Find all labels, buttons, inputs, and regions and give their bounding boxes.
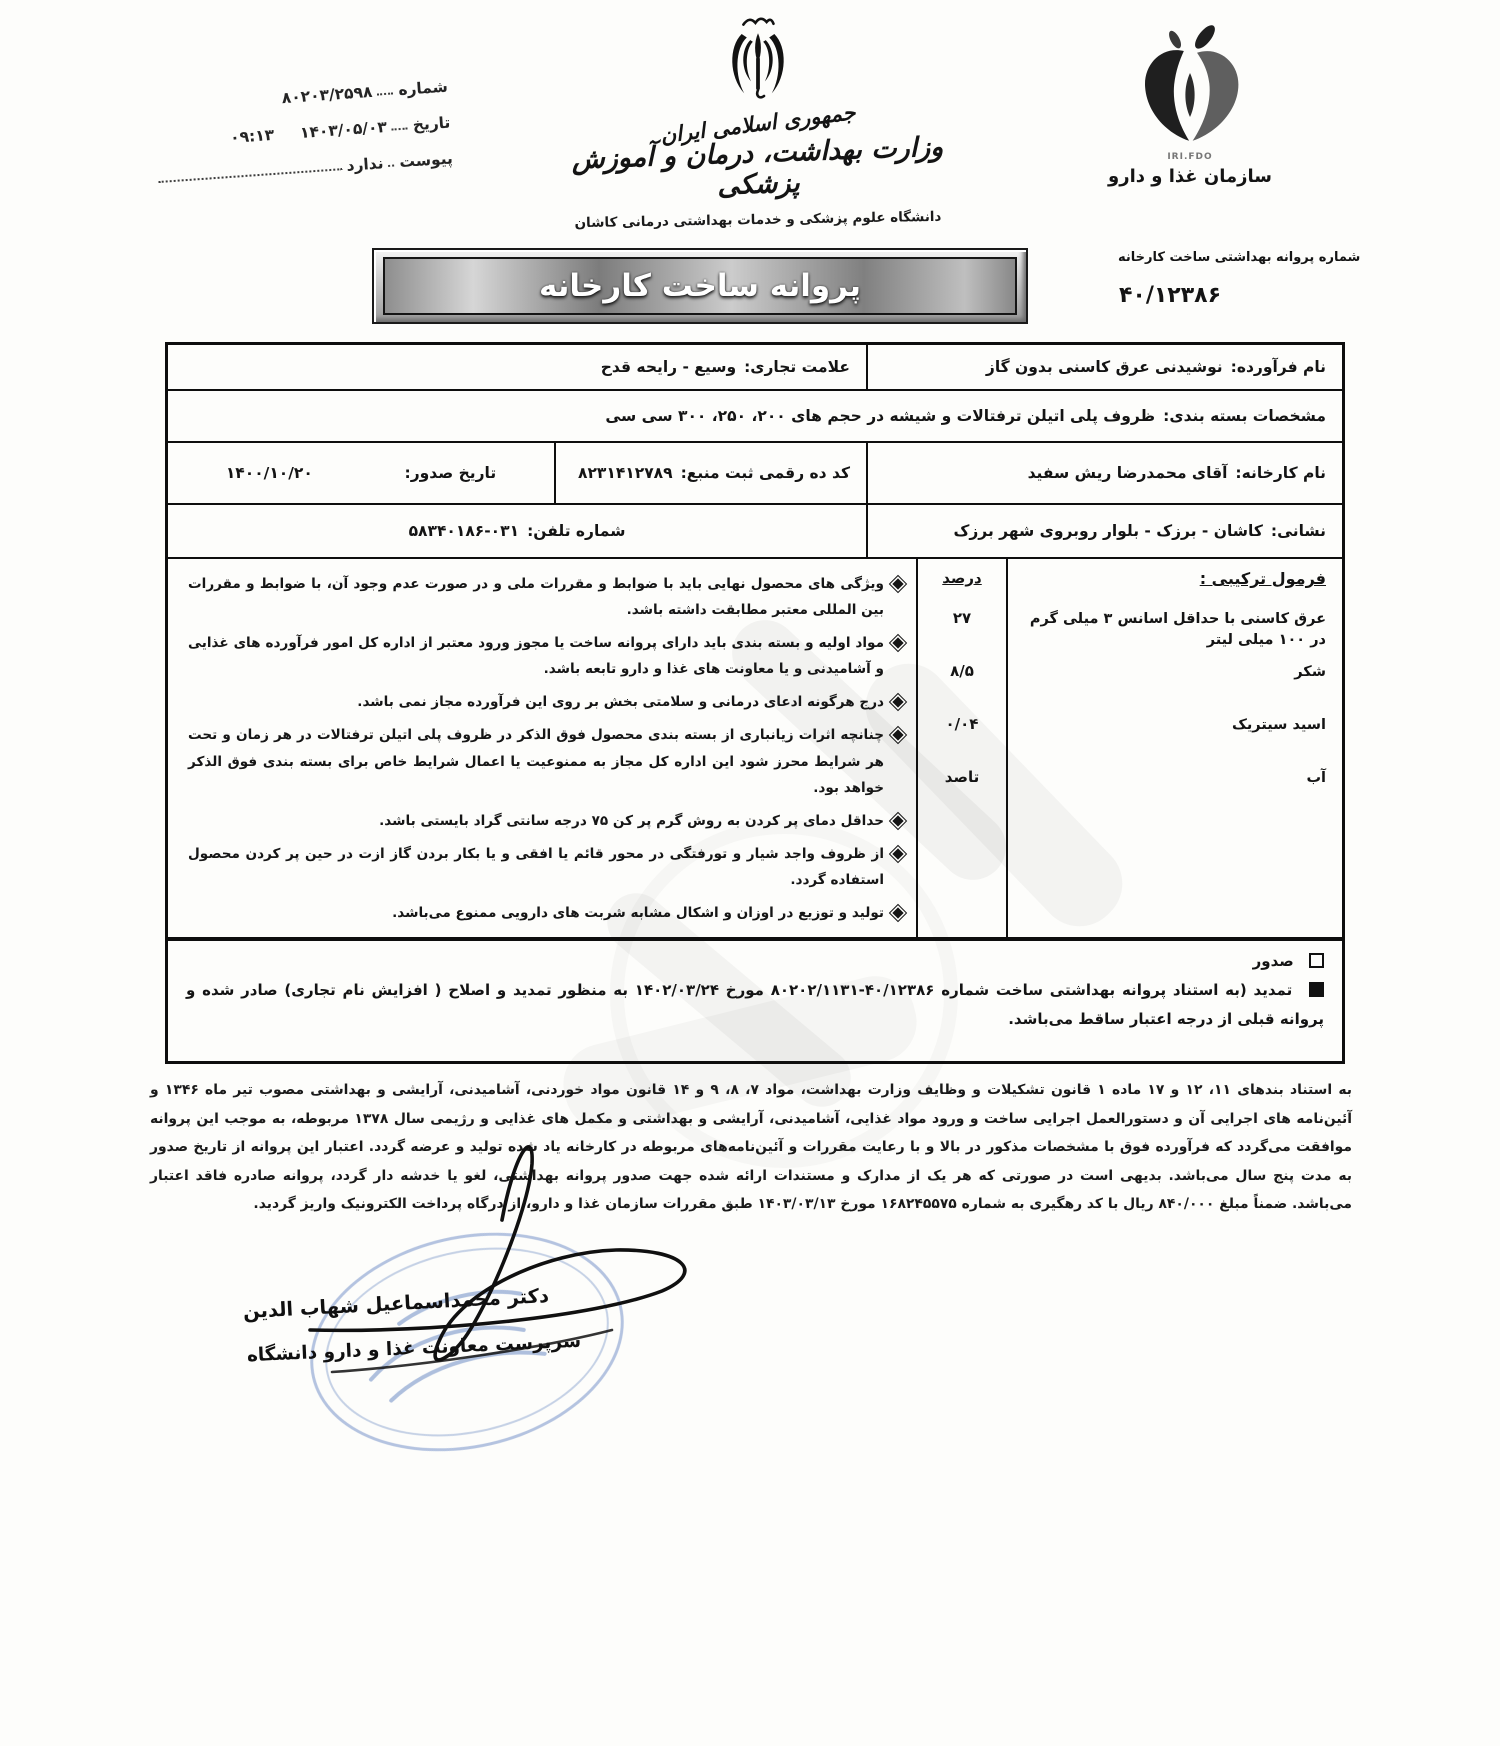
- renew-text: (به استناد پروانه بهداشتی ساخت شماره ۴۰/…: [186, 981, 1324, 1028]
- condition-text: درج هرگونه ادعای درمانی و سلامتی بخش بر …: [357, 689, 884, 715]
- address-cell: نشانی: کاشان - برزک - بلوار روبروی شهر ب…: [868, 505, 1342, 557]
- issuance-box: صدور تمدید (به استناد پروانه بهداشتی ساخ…: [165, 938, 1345, 1064]
- issue-date-value: ۱۴۰۰/۱۰/۲۰: [226, 464, 313, 482]
- address-label: نشانی:: [1271, 522, 1326, 540]
- page-title: پروانه ساخت کارخانه: [539, 268, 861, 304]
- table-row: نشانی: کاشان - برزک - بلوار روبروی شهر ب…: [168, 503, 1342, 557]
- dotted-leader: [392, 127, 408, 130]
- formula-ingredient: آب: [1016, 768, 1326, 821]
- issue-checkbox-unchecked: [1309, 953, 1324, 968]
- percent-value: ۸/۵: [918, 662, 1006, 715]
- condition-item: ویژگی های محصول نهایی باید با ضوابط و مق…: [188, 571, 902, 623]
- phone-label: شماره تلفن:: [527, 522, 625, 540]
- percent-value: تاصد: [918, 768, 1006, 821]
- condition-item: تولید و توزیع در اوزان و اشکال مشابه شرب…: [188, 900, 902, 926]
- diamond-bullet-icon: [892, 638, 903, 649]
- attachment-value: ندارد: [346, 154, 384, 175]
- condition-item: از ظروف واجد شیار و تورفتگی در محور قائم…: [188, 841, 902, 893]
- table-row: مشخصات بسته بندی: ظروف پلی اتیلن ترفتالا…: [168, 389, 1342, 441]
- title-banner-inner: پروانه ساخت کارخانه: [383, 257, 1017, 315]
- condition-text: مواد اولیه و بسته بندی باید دارای پروانه…: [188, 630, 884, 682]
- issue-option: صدور: [186, 952, 1324, 970]
- condition-item: مواد اولیه و بسته بندی باید دارای پروانه…: [188, 630, 902, 682]
- issue-date-cell: تاریخ صدور: ۱۴۰۰/۱۰/۲۰: [168, 443, 556, 503]
- condition-item: حداقل دمای پر کردن به روش گرم پر کن ۷۵ د…: [188, 808, 902, 834]
- formula-ingredient: شکر: [1016, 662, 1326, 715]
- fdo-block: IRI.FDO سازمان غذا و دارو: [1040, 22, 1340, 187]
- conditions-column: ویژگی های محصول نهایی باید با ضوابط و مق…: [168, 559, 916, 937]
- handwritten-signature-icon: [212, 1120, 742, 1410]
- header-center: جمهوری اسلامی ایران وزارت بهداشت، درمان …: [528, 12, 988, 228]
- percent-column: درصد ۲۷ ۸/۵ ۰/۰۴ تاصد: [916, 559, 1008, 937]
- iran-emblem-icon: [715, 12, 801, 106]
- formula-ingredient: اسید سیتریک: [1016, 715, 1326, 768]
- letter-time-value: ۰۹:۱۳: [230, 126, 275, 147]
- percent-header: درصد: [918, 569, 1006, 609]
- renew-option: تمدید (به استناد پروانه بهداشتی ساخت شما…: [186, 976, 1324, 1035]
- letter-date-label: تاریخ: [412, 114, 451, 135]
- condition-text: حداقل دمای پر کردن به روش گرم پر کن ۷۵ د…: [379, 808, 884, 834]
- condition-item: چنانچه اثرات زیانباری از بسته بندی محصول…: [188, 722, 902, 800]
- product-name-label: نام فرآورده:: [1231, 358, 1326, 376]
- diamond-bullet-icon: [892, 730, 903, 741]
- diamond-bullet-icon: [892, 697, 903, 708]
- title-banner: پروانه ساخت کارخانه: [372, 248, 1028, 324]
- table-row: نام کارخانه: آقای محمدرضا ریش سفید کد ده…: [168, 441, 1342, 503]
- condition-text: از ظروف واجد شیار و تورفتگی در محور قائم…: [188, 841, 884, 893]
- diamond-bullet-icon: [892, 848, 903, 859]
- license-table: نام فرآورده: نوشیدنی عرق کاسنی بدون گاز …: [165, 342, 1345, 940]
- condition-text: ویژگی های محصول نهایی باید با ضوابط و مق…: [188, 571, 884, 623]
- source-code-label: کد ده رقمی ثبت منبع:: [681, 464, 850, 482]
- table-row: فرمول ترکیبی : عرق کاسنی با حداقل اسانس …: [168, 557, 1342, 937]
- dotted-leader: [389, 165, 395, 167]
- source-code-value: ۸۲۳۱۴۱۲۷۸۹: [578, 464, 673, 482]
- formula-column: فرمول ترکیبی : عرق کاسنی با حداقل اسانس …: [1008, 559, 1342, 937]
- condition-text: چنانچه اثرات زیانباری از بسته بندی محصول…: [188, 722, 884, 800]
- license-number-value: ۴۰/۱۲۳۸۶: [1085, 283, 1255, 308]
- factory-name-cell: نام کارخانه: آقای محمدرضا ریش سفید: [868, 443, 1342, 503]
- product-name-value: نوشیدنی عرق کاسنی بدون گاز: [986, 358, 1223, 376]
- percent-value: ۰/۰۴: [918, 715, 1006, 768]
- formula-ingredient: عرق کاسنی با حداقل اسانس ۳ میلی گرم در ۱…: [1016, 609, 1326, 662]
- packaging-label: مشخصات بسته بندی:: [1163, 407, 1326, 425]
- diamond-bullet-icon: [892, 815, 903, 826]
- fdo-logo-caption: IRI.FDO: [1040, 152, 1340, 162]
- trademark-value: وسیع - رایحه قدح: [601, 358, 736, 376]
- address-value: کاشان - برزک - بلوار روبروی شهر برزک: [954, 522, 1263, 540]
- renew-label: تمدید: [1254, 981, 1293, 999]
- source-code-cell: کد ده رقمی ثبت منبع: ۸۲۳۱۴۱۲۷۸۹: [556, 443, 868, 503]
- formula-title: فرمول ترکیبی :: [1016, 569, 1326, 609]
- table-row: نام فرآورده: نوشیدنی عرق کاسنی بدون گاز …: [168, 345, 1342, 389]
- letter-number-label: شماره: [398, 78, 449, 99]
- attachment-label: پیوست: [399, 149, 454, 171]
- factory-name-label: نام کارخانه:: [1235, 464, 1326, 482]
- diamond-bullet-icon: [892, 578, 903, 589]
- diamond-bullet-icon: [892, 907, 903, 918]
- fdo-apple-logo-icon: [1128, 22, 1252, 154]
- dotted-leader: [378, 92, 394, 95]
- packaging-cell: مشخصات بسته بندی: ظروف پلی اتیلن ترفتالا…: [168, 391, 1342, 441]
- packaging-value: ظروف پلی اتیلن ترفتالات و شیشه در حجم ها…: [605, 407, 1155, 425]
- dotted-leader: [159, 168, 342, 183]
- trademark-label: علامت تجاری:: [744, 358, 850, 376]
- letterhead-meta: شماره ۸۰۲۰۳/۲۵۹۸ تاریخ ۱۴۰۳/۰۵/۰۳ ۰۹:۱۳ …: [147, 60, 454, 189]
- phone-value: ۵۸۳۴۰۱۸۶-۰۳۱: [409, 522, 520, 540]
- renew-checkbox-checked: [1309, 982, 1324, 997]
- product-name-cell: نام فرآورده: نوشیدنی عرق کاسنی بدون گاز: [868, 345, 1342, 389]
- scanned-factory-license-document: شماره ۸۰۲۰۳/۲۵۹۸ تاریخ ۱۴۰۳/۰۵/۰۳ ۰۹:۱۳ …: [0, 0, 1500, 1746]
- fdo-org-name: سازمان غذا و دارو: [1040, 166, 1340, 187]
- license-number-label: شماره پروانه بهداشتی ساخت کارخانه: [1118, 250, 1410, 265]
- phone-cell: شماره تلفن: ۵۸۳۴۰۱۸۶-۰۳۱: [168, 505, 868, 557]
- issue-date-label: تاریخ صدور:: [405, 464, 497, 482]
- percent-value: ۲۷: [918, 609, 1006, 662]
- issue-label: صدور: [1253, 952, 1294, 970]
- trademark-cell: علامت تجاری: وسیع - رایحه قدح: [168, 345, 868, 389]
- university-name: دانشگاه علوم پزشکی و خدمات بهداشتی درمان…: [528, 208, 988, 232]
- condition-text: تولید و توزیع در اوزان و اشکال مشابه شرب…: [392, 900, 884, 926]
- factory-name-value: آقای محمدرضا ریش سفید: [1028, 464, 1228, 482]
- condition-item: درج هرگونه ادعای درمانی و سلامتی بخش بر …: [188, 689, 902, 715]
